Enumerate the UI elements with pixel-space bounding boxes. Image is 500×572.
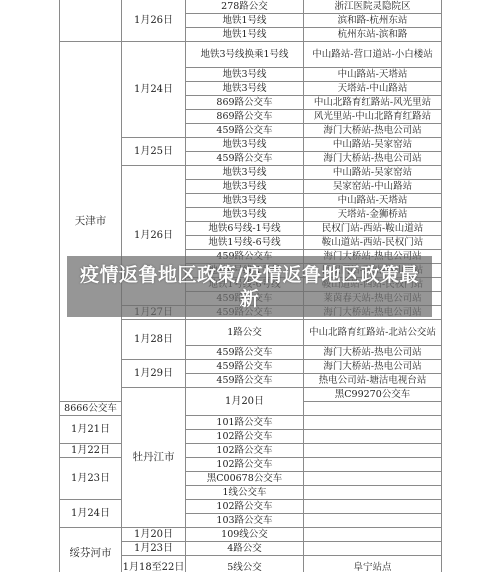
city-cell: 牡丹江市 [122, 388, 186, 528]
route-cell: 黑C99270公交车 [304, 388, 442, 402]
stations-cell: 中山路站-吴家窑站 [304, 138, 442, 152]
route-cell: 4路公交 [186, 542, 304, 556]
date-cell: 1月23日 [60, 458, 122, 500]
table-row: 1月24日 102路公交车 [60, 500, 442, 514]
stations-cell: 中山北路育红路站-风光里站 [304, 96, 442, 110]
route-cell: 地铁3号线 [186, 138, 304, 152]
route-cell: 109线公交 [186, 528, 304, 542]
title-overlay-banner: 疫情返鲁地区政策/疫情返鲁地区政策最新 [67, 256, 432, 317]
route-cell: 103路公交车 [186, 514, 304, 528]
route-cell: 地铁1号线 [186, 14, 304, 28]
route-cell: 102路公交车 [186, 500, 304, 514]
date-cell: 1月22日 [60, 444, 122, 458]
stations-cell [304, 528, 442, 542]
table-row: 天津市 1月24日 地铁3号线换乘1号线 中山路站-营口道站-小白楼站 [60, 42, 442, 68]
city-cell: 绥芬河市 [60, 528, 122, 572]
stations-cell: 中山路站-营口道站-小白楼站 [304, 42, 442, 68]
route-cell: 黑C00678公交车 [186, 472, 304, 486]
stations-cell: 风光里站-中山北路育红路站 [304, 110, 442, 124]
table-row: 1月22日 102路公交车 [60, 444, 442, 458]
stations-cell: 海门大桥站-热电公司站 [304, 124, 442, 138]
date-cell: 1月20日 [186, 388, 304, 416]
stations-cell [304, 472, 442, 486]
route-cell: 地铁1号线-6号线 [186, 236, 304, 250]
table-row: 1月23日 102路公交车 [60, 458, 442, 472]
route-cell: 102路公交车 [186, 444, 304, 458]
route-cell: 459路公交车 [186, 360, 304, 374]
date-cell: 1月29日 [122, 360, 186, 388]
route-cell: 101路公交车 [186, 416, 304, 430]
stations-cell [304, 500, 442, 514]
route-cell: 459路公交车 [186, 374, 304, 388]
stations-cell [304, 416, 442, 430]
stations-cell: 滨和路-杭州东站 [304, 14, 442, 28]
stations-cell [304, 514, 442, 528]
route-cell: 地铁3号线换乘1号线 [186, 42, 304, 68]
date-cell: 1月24日 [122, 42, 186, 138]
overlay-title: 疫情返鲁地区政策/疫情返鲁地区政策最新 [80, 263, 420, 311]
stations-cell [304, 458, 442, 472]
city-cell: 天津市 [60, 42, 122, 402]
date-cell: 1月21日 [60, 416, 122, 444]
route-cell: 地铁3号线 [186, 180, 304, 194]
stations-cell: 浙江医院灵隐院区 [304, 0, 442, 14]
route-cell: 8666公交车 [60, 402, 122, 416]
route-cell: 102路公交车 [186, 430, 304, 444]
route-cell: 地铁1号线 [186, 28, 304, 42]
stations-cell: 中山路站-天塔站 [304, 194, 442, 208]
route-cell: 459路公交车 [186, 346, 304, 360]
stations-cell [304, 542, 442, 556]
stations-cell: 天塔站-中山路站 [304, 82, 442, 96]
route-cell: 278路公交 [186, 0, 304, 14]
date-cell: 1月20日 [122, 528, 186, 542]
table-row: 1月21日 101路公交车 [60, 416, 442, 430]
route-cell: 地铁3号线 [186, 208, 304, 222]
route-cell: 1线公交车 [186, 486, 304, 500]
stations-cell: 吴家窑站-中山路站 [304, 180, 442, 194]
stations-cell: 海门大桥站-热电公司站 [304, 360, 442, 374]
route-cell: 地铁6号线-1号线 [186, 222, 304, 236]
stations-cell: 海门大桥站-热电公司站 [304, 346, 442, 360]
stations-cell [304, 444, 442, 458]
route-cell: 459路公交车 [186, 124, 304, 138]
stations-cell: 鞍山道站-西站-民权门站 [304, 236, 442, 250]
route-cell: 地铁3号线 [186, 194, 304, 208]
route-cell: 地铁3号线 [186, 166, 304, 180]
stations-cell [304, 486, 442, 500]
route-cell: 1路公交 [186, 320, 304, 346]
date-cell: 1月24日 [60, 500, 122, 528]
route-cell: 地铁3号线 [186, 82, 304, 96]
stations-cell: 热电公司站-塘沽电视台站 [304, 374, 442, 388]
city-cell [60, 0, 122, 42]
stations-cell: 阜宁站点 [304, 556, 442, 572]
stations-cell: 中山北路育红路站-北站公交站 [304, 320, 442, 346]
stations-cell: 海门大桥站-热电公司站 [304, 152, 442, 166]
stations-cell: 民权门站-西站-鞍山道站 [304, 222, 442, 236]
stations-cell: 中山路站-天塔站 [304, 68, 442, 82]
stations-cell: 杭州东站-滨和路 [304, 28, 442, 42]
date-cell: 1月25日 [122, 138, 186, 166]
stations-cell: 天塔站-金狮桥站 [304, 208, 442, 222]
route-cell: 5线公交 [186, 556, 304, 572]
stations-cell [304, 430, 442, 444]
date-cell: 1月26日 [122, 0, 186, 42]
stations-cell [304, 402, 442, 416]
date-cell: 1月18至22日 [122, 556, 186, 572]
date-cell: 1月28日 [122, 320, 186, 360]
route-cell: 869路公交车 [186, 110, 304, 124]
route-cell: 869路公交车 [186, 96, 304, 110]
table-row: 1月26日 278路公交 浙江医院灵隐院区 [60, 0, 442, 14]
route-cell: 459路公交车 [186, 152, 304, 166]
table-row: 绥芬河市 1月20日 109线公交 [60, 528, 442, 542]
stations-cell: 中山路站-吴家窑站 [304, 166, 442, 180]
route-cell: 地铁3号线 [186, 68, 304, 82]
route-cell: 102路公交车 [186, 458, 304, 472]
date-cell: 1月23日 [122, 542, 186, 556]
